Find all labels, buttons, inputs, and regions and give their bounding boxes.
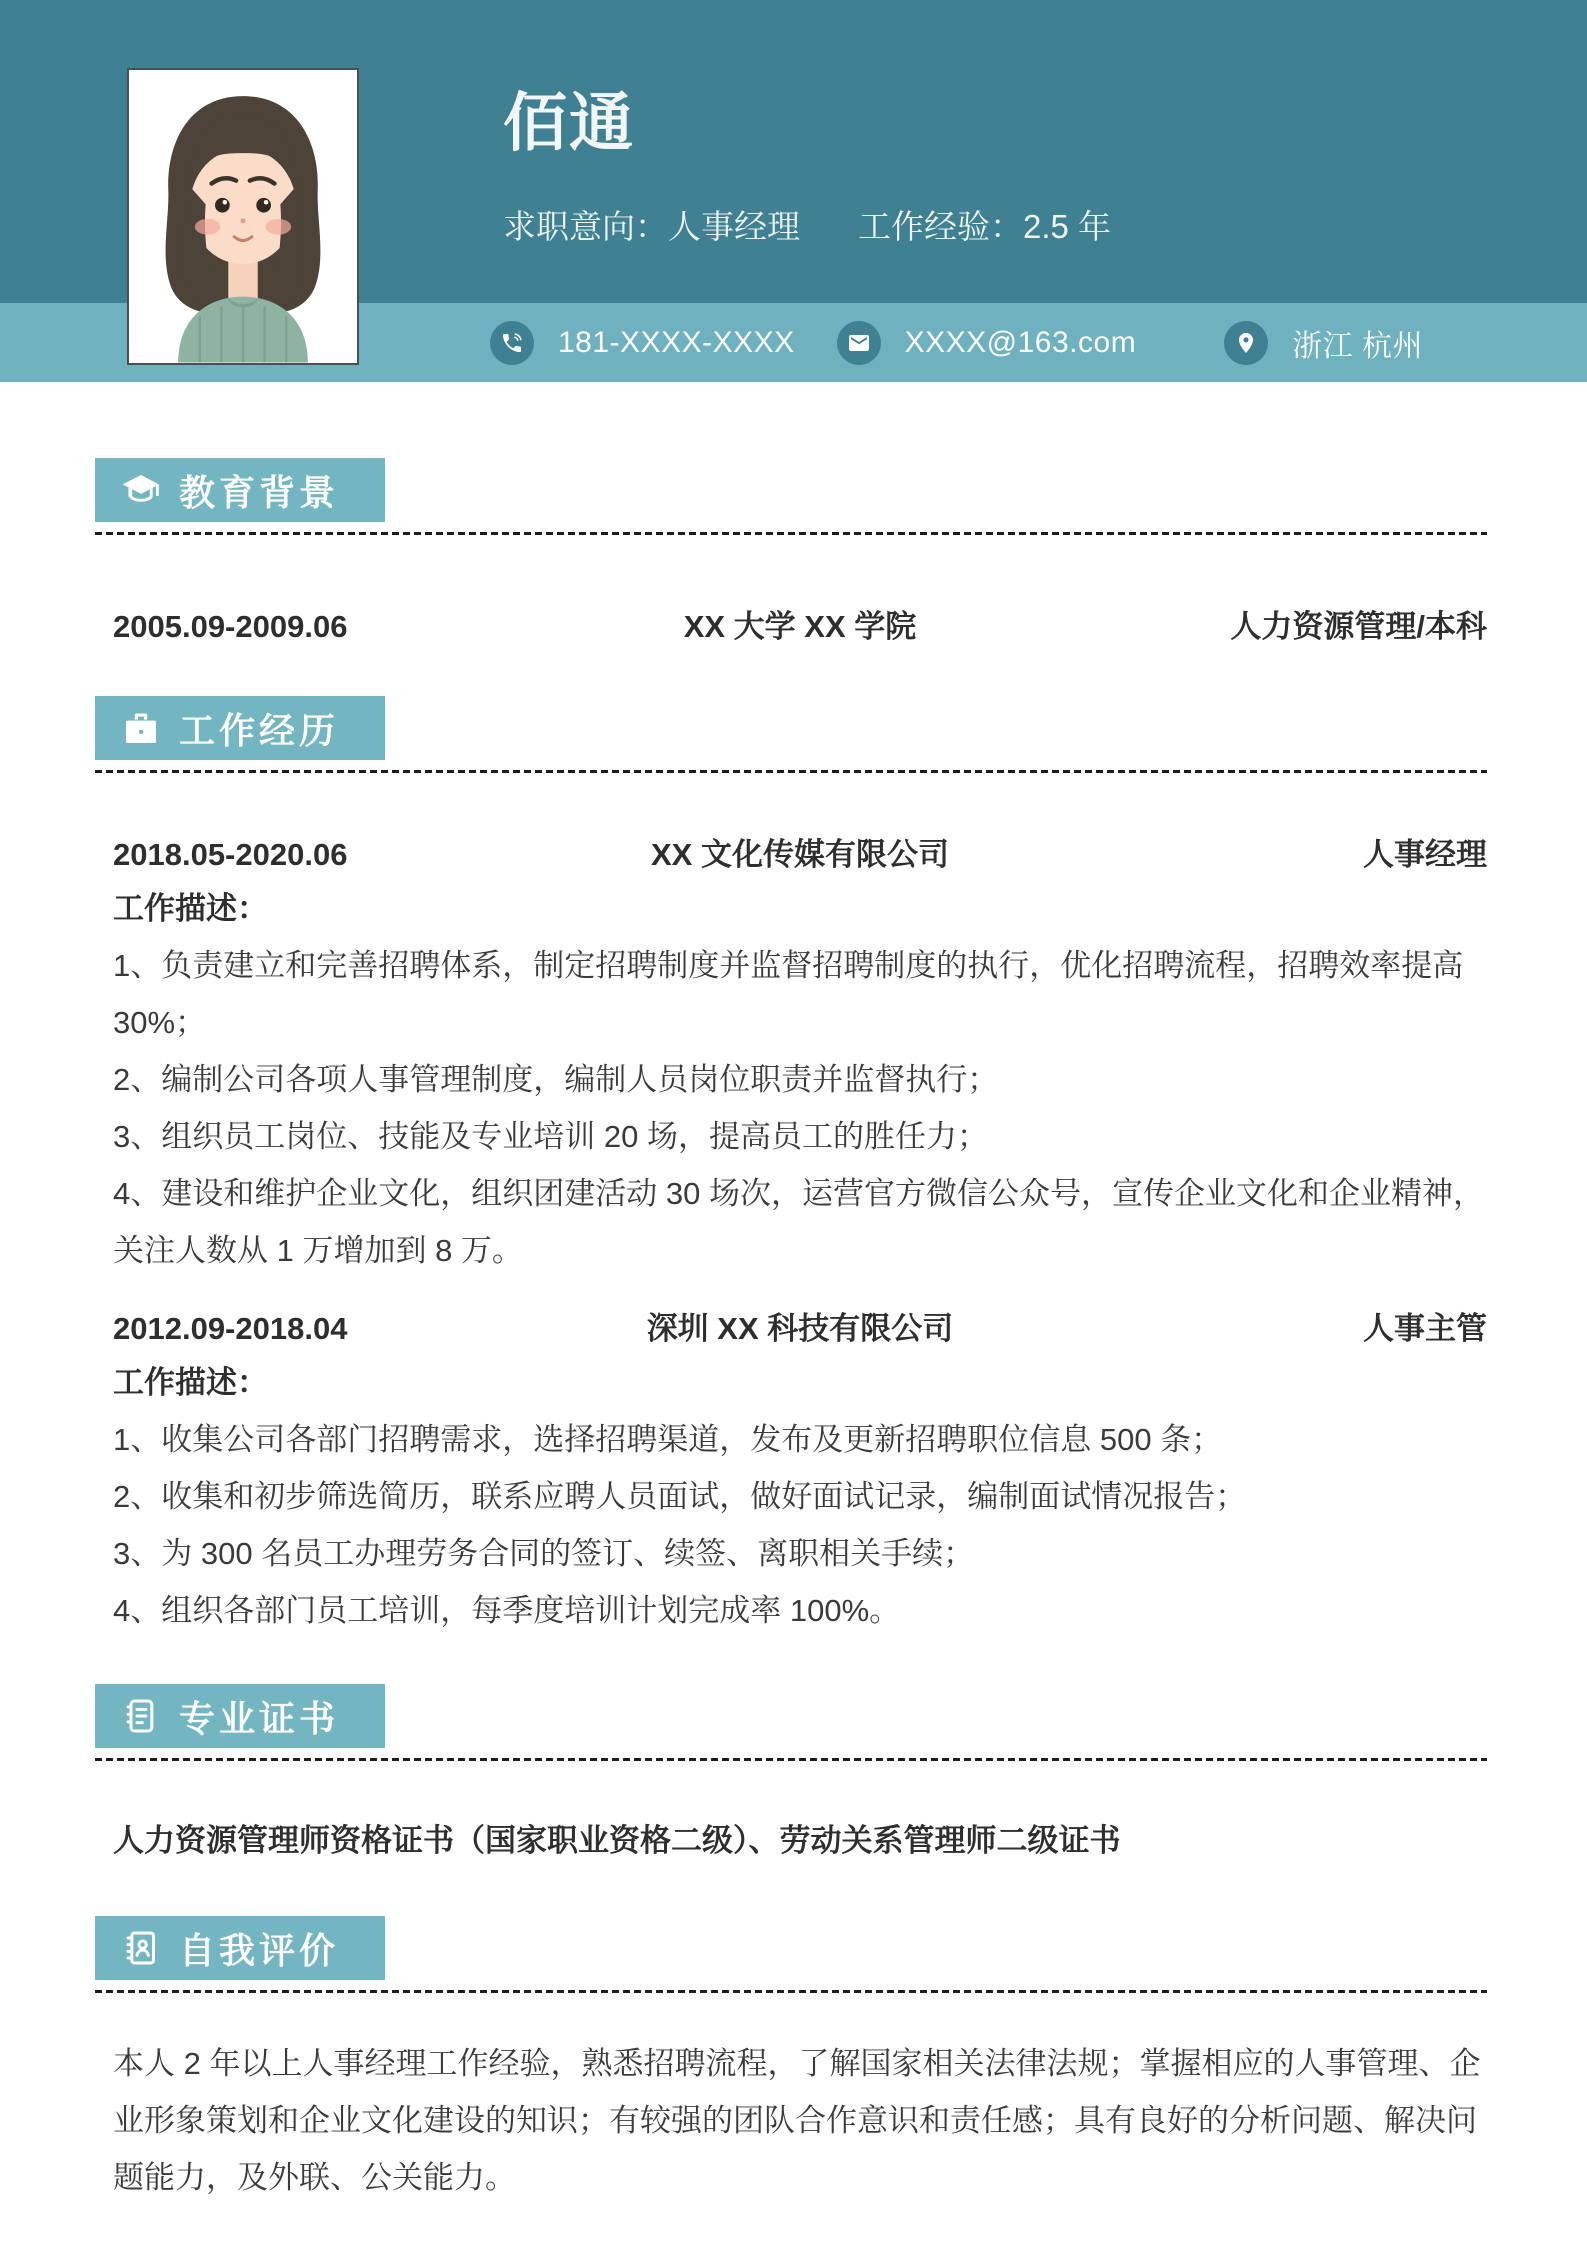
job-desc-label: 工作描述： (95, 880, 1487, 937)
certificates-section-header: 专业证书 (95, 1684, 385, 1748)
job-entry-2: 2012.09-2018.04 深圳 XX 科技有限公司 人事主管 工作描述： … (95, 1309, 1487, 1639)
self-evaluation-section-header: 自我评价 (95, 1916, 385, 1980)
dashed-divider (95, 1758, 1487, 1761)
job-period: 2018.05-2020.06 (113, 835, 529, 875)
job-bullet: 3、组织员工岗位、技能及专业培训 20 场，提高员工的胜任力； (95, 1108, 1487, 1165)
job-company: XX 文化传媒有限公司 (529, 835, 1070, 875)
resume-page: 佰通 求职意向：人事经理 工作经验：2.5 年 181-XXXX-XXXX XX… (0, 0, 1587, 2245)
dashed-divider (95, 1990, 1487, 1993)
contact-email: XXXX@163.com (837, 321, 1137, 365)
job-bullet: 4、组织各部门员工培训，每季度培训计划完成率 100%。 (95, 1582, 1487, 1639)
education-major: 人力资源管理/本科 (1071, 607, 1487, 647)
id-card-icon (121, 1928, 161, 1968)
section-education: 教育背景 2005.09-2009.06 XX 大学 XX 学院 人力资源管理/… (95, 458, 1487, 647)
job-position: 人事主管 (1071, 1309, 1487, 1349)
email-value: XXXX@163.com (905, 326, 1137, 360)
location-value: 浙江 杭州 (1292, 321, 1423, 365)
resume-header: 佰通 求职意向：人事经理 工作经验：2.5 年 181-XXXX-XXXX XX… (0, 0, 1587, 382)
graduation-cap-icon (121, 470, 161, 510)
job-header-row: 2012.09-2018.04 深圳 XX 科技有限公司 人事主管 (95, 1309, 1487, 1349)
dashed-divider (95, 532, 1487, 535)
candidate-name: 佰通 (503, 90, 1587, 157)
job-entry-1: 2018.05-2020.06 XX 文化传媒有限公司 人事经理 工作描述： 1… (95, 835, 1487, 1279)
certificate-icon (121, 1696, 161, 1736)
job-company: 深圳 XX 科技有限公司 (529, 1309, 1070, 1349)
phone-icon (490, 321, 534, 365)
section-work: 工作经历 2018.05-2020.06 XX 文化传媒有限公司 人事经理 工作… (95, 696, 1487, 1639)
self-evaluation-section-title: 自我评价 (179, 1923, 339, 1974)
cartoon-girl-avatar (129, 70, 357, 363)
job-intent-label: 求职意向：人事经理 (503, 201, 800, 248)
job-position: 人事经理 (1071, 835, 1487, 875)
phone-value: 181-XXXX-XXXX (558, 326, 795, 360)
resume-body: 教育背景 2005.09-2009.06 XX 大学 XX 学院 人力资源管理/… (95, 458, 1487, 2206)
header-subtitle: 求职意向：人事经理 工作经验：2.5 年 (503, 201, 1587, 248)
work-section-header: 工作经历 (95, 696, 385, 760)
briefcase-icon (121, 708, 161, 748)
experience-label: 工作经验：2.5 年 (858, 201, 1111, 248)
education-section-header: 教育背景 (95, 458, 385, 522)
location-pin-icon (1224, 321, 1268, 365)
job-bullet: 1、收集公司各部门招聘需求，选择招聘渠道，发布及更新招聘职位信息 500 条； (95, 1411, 1487, 1468)
education-period: 2005.09-2009.06 (113, 607, 529, 647)
section-certificates: 专业证书 人力资源管理师资格证书（国家职业资格二级）、劳动关系管理师二级证书 (95, 1684, 1487, 1861)
envelope-icon (837, 321, 881, 365)
work-section-title: 工作经历 (179, 703, 339, 754)
job-bullet: 2、编制公司各项人事管理制度，编制人员岗位职责并监督执行； (95, 1051, 1487, 1108)
certificates-text: 人力资源管理师资格证书（国家职业资格二级）、劳动关系管理师二级证书 (95, 1821, 1487, 1861)
job-bullet: 1、负责建立和完善招聘体系，制定招聘制度并监督招聘制度的执行，优化招聘流程，招聘… (95, 937, 1487, 1051)
job-desc-label: 工作描述： (95, 1354, 1487, 1411)
job-bullet: 4、建设和维护企业文化，组织团建活动 30 场次，运营官方微信公众号，宣传企业文… (95, 1165, 1487, 1279)
job-bullet: 2、收集和初步筛选简历，联系应聘人员面试，做好面试记录，编制面试情况报告； (95, 1468, 1487, 1525)
contact-location: 浙江 杭州 (1224, 321, 1423, 365)
job-header-row: 2018.05-2020.06 XX 文化传媒有限公司 人事经理 (95, 835, 1487, 875)
job-bullet: 3、为 300 名员工办理劳务合同的签订、续签、离职相关手续； (95, 1525, 1487, 1582)
job-period: 2012.09-2018.04 (113, 1309, 529, 1349)
education-school: XX 大学 XX 学院 (529, 607, 1070, 647)
profile-photo (127, 68, 359, 365)
contact-phone: 181-XXXX-XXXX (490, 321, 795, 365)
self-evaluation-text: 本人 2 年以上人事经理工作经验，熟悉招聘流程，了解国家相关法律法规；掌握相应的… (95, 2035, 1487, 2206)
certificates-section-title: 专业证书 (179, 1691, 339, 1742)
section-self-evaluation: 自我评价 本人 2 年以上人事经理工作经验，熟悉招聘流程，了解国家相关法律法规；… (95, 1916, 1487, 2206)
education-section-title: 教育背景 (179, 465, 339, 516)
dashed-divider (95, 770, 1487, 773)
education-entry: 2005.09-2009.06 XX 大学 XX 学院 人力资源管理/本科 (95, 607, 1487, 647)
